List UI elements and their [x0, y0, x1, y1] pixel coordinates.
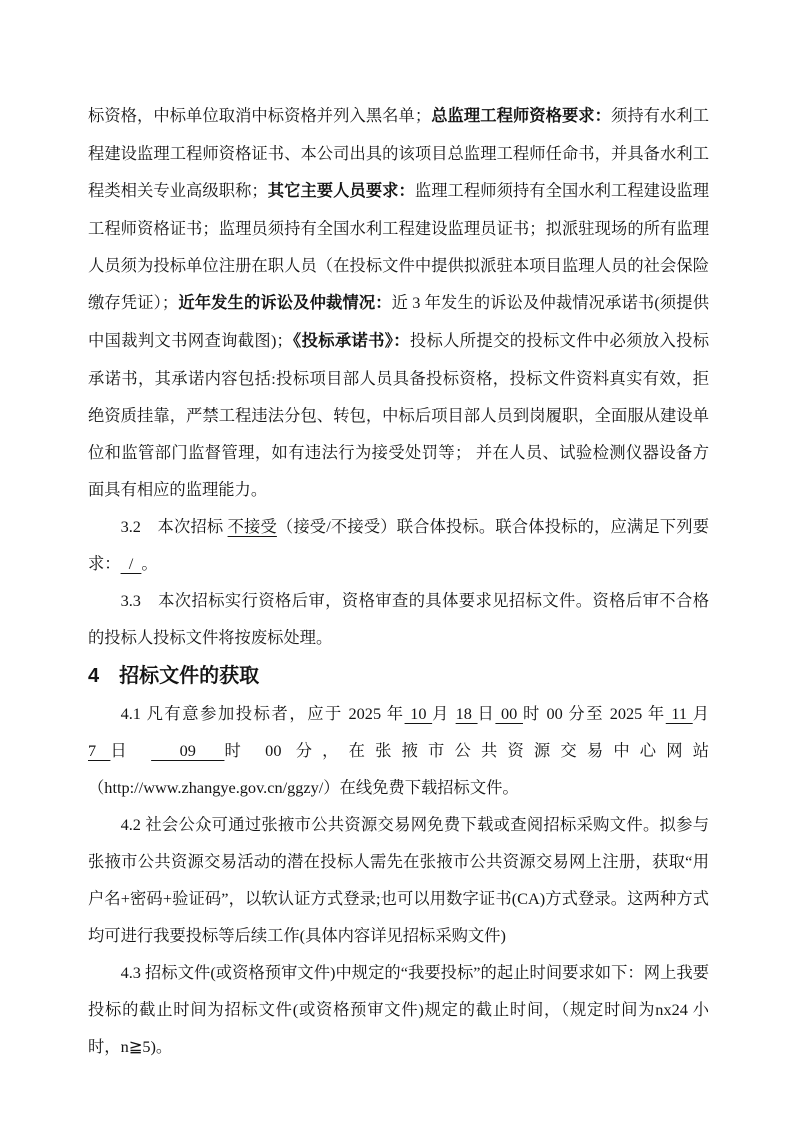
- text-run: 标资格，中标单位取消中标资格并列入黑名单；: [88, 106, 431, 125]
- fill-in-blank: 10: [405, 704, 433, 723]
- text-run: 月: [432, 704, 455, 723]
- fill-in-blank: 不接受: [228, 517, 277, 536]
- document-page: 标资格，中标单位取消中标资格并列入黑名单；总监理工程师资格要求：须持有水利工程建…: [0, 0, 793, 1122]
- fill-in-blank: /: [121, 554, 142, 573]
- para-4-1-download-time: 4.1 凡有意参加投标者，应于 2025 年 10 月 18 日 00 时 00…: [88, 695, 709, 806]
- bold-emphasis: 近年发生的诉讼及仲裁情况：: [178, 294, 391, 312]
- fill-in-blank: 18: [456, 704, 478, 723]
- section-heading-4: 4 招标文件的获取: [88, 657, 709, 695]
- text-run: 投标人所提交的投标文件中必须放入投标承诺书，其承诺内容包括:投标项目部人员具备投…: [88, 331, 709, 499]
- text-run: 4.1 凡有意参加投标者，应于 2025 年: [121, 704, 405, 723]
- para-3-2-consortium: 3.2 本次招标 不接受（接受/不接受）联合体投标。联合体投标的，应满足下列要求…: [88, 508, 709, 582]
- url-text: http://www.zhangye.gov.cn/ggzy/: [104, 778, 323, 797]
- justified-line: 7 日 09 时 00 分，在张掖市公共资源交易中心网站: [88, 732, 709, 769]
- text-run: 时 00 分至 2025 年: [523, 704, 666, 723]
- bold-emphasis: 《投标承诺书》：: [293, 332, 410, 350]
- document-body: 标资格，中标单位取消中标资格并列入黑名单；总监理工程师资格要求：须持有水利工程建…: [88, 97, 709, 1065]
- bold-emphasis: 总监理工程师资格要求：: [431, 107, 611, 125]
- para-3-3-post-qualification: 3.3 本次招标实行资格后审，资格审查的具体要求见招标文件。资格后审不合格的投标…: [88, 582, 709, 656]
- text-run: 3.3 本次招标实行资格后审，资格审查的具体要求见招标文件。资格后审不合格的投标…: [88, 591, 709, 647]
- text-run: 日: [478, 704, 496, 723]
- fill-in-blank: 7: [88, 741, 110, 760]
- fill-in-blank: 00: [495, 704, 523, 723]
- text-run: 4.3 招标文件(或资格预审文件)中规定的“我要投标”的起止时间要求如下：网上我…: [88, 963, 709, 1056]
- text-run: 3.2 本次招标: [121, 517, 228, 536]
- para-qualification-requirements: 标资格，中标单位取消中标资格并列入黑名单；总监理工程师资格要求：须持有水利工程建…: [88, 97, 709, 508]
- text-run: 。: [141, 554, 157, 573]
- bold-emphasis: 其它主要人员要求：: [268, 182, 415, 200]
- para-4-3-bid-deadline: 4.3 招标文件(或资格预审文件)中规定的“我要投标”的起止时间要求如下：网上我…: [88, 954, 709, 1065]
- text-run: 日: [110, 741, 151, 760]
- fill-in-blank: 09: [151, 741, 224, 760]
- text-run: 4.2 社会公众可通过张掖市公共资源交易网免费下载或查阅招标采购文件。拟参与张掖…: [88, 815, 709, 945]
- text-run: ）在线免费下载招标文件。: [323, 778, 518, 797]
- fill-in-blank: 11: [666, 704, 693, 723]
- text-run: 月: [693, 704, 709, 723]
- para-4-2-registration: 4.2 社会公众可通过张掖市公共资源交易网免费下载或查阅招标采购文件。拟参与张掖…: [88, 806, 709, 954]
- text-run: （: [88, 778, 104, 797]
- text-run: 时 00 分，在张掖市公共资源交易中心网站: [224, 741, 709, 760]
